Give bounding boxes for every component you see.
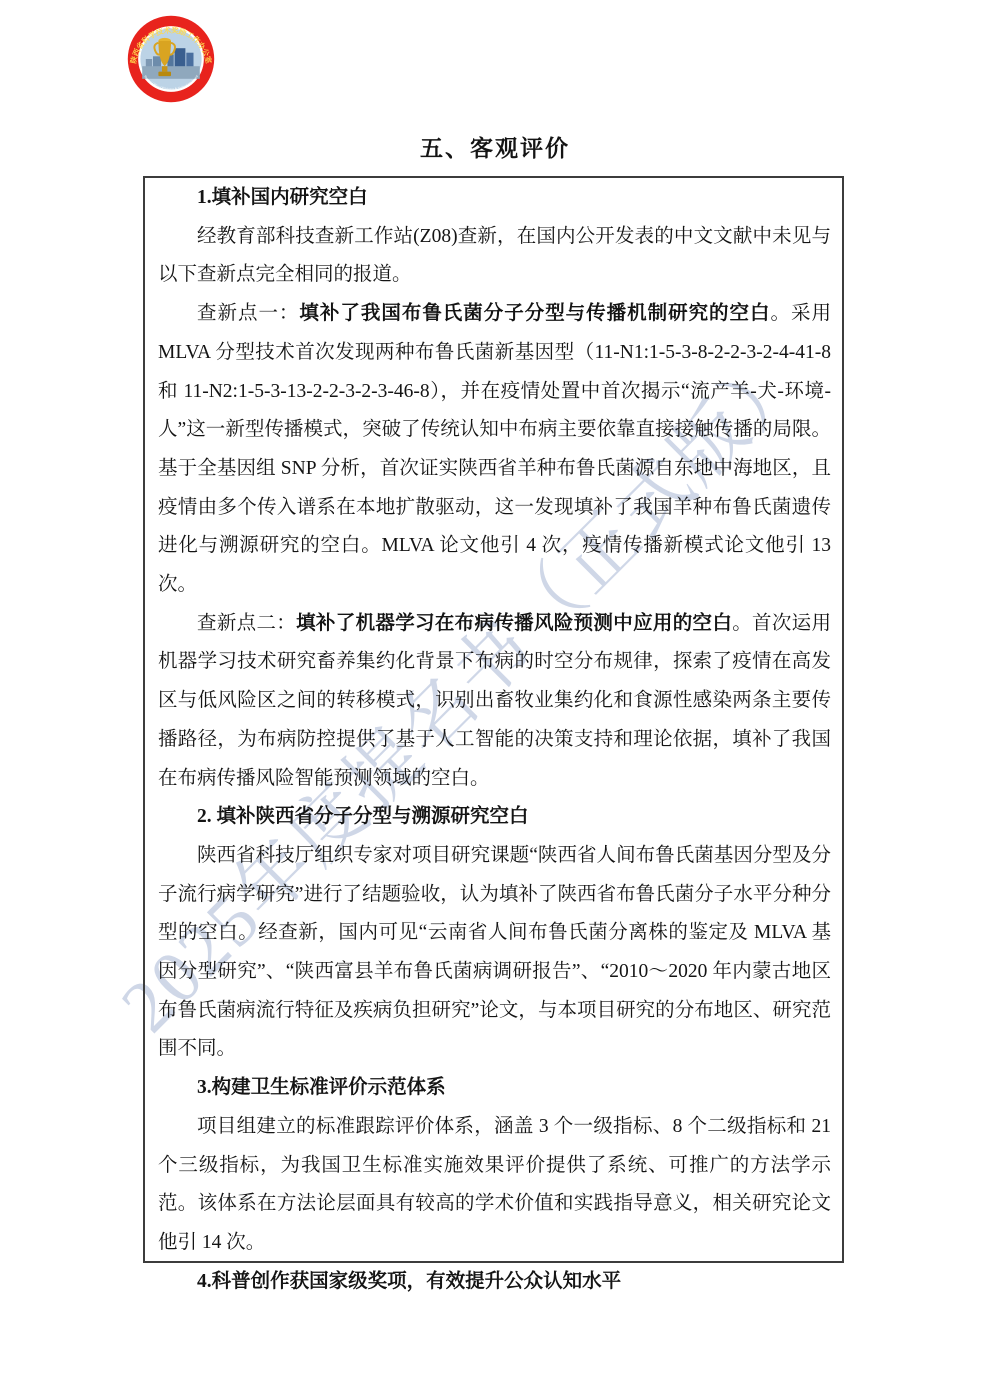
text-run: 查新点二：	[197, 613, 296, 634]
bold-text-run: 3.构建卫生标准评价示范体系	[197, 1077, 446, 1098]
text-run: 。采用 MLVA 分型技术首次发现两种布鲁氏菌新基因型（11-N1:1-5-3-…	[158, 303, 831, 595]
section-heading: 3.构建卫生标准评价示范体系	[158, 1069, 831, 1108]
award-office-seal-logo: 陕西省科学技术奖励工作办公室 Shaanxi Office Of Science…	[126, 14, 216, 104]
paragraph: 项目组建立的标准跟踪评价体系，涵盖 3 个一级指标、8 个二级指标和 21 个三…	[158, 1108, 831, 1263]
bold-text-run: 4.科普创作获国家级奖项，有效提升公众认知水平	[197, 1271, 621, 1292]
text-run: 项目组建立的标准跟踪评价体系，涵盖 3 个一级指标、8 个二级指标和 21 个三…	[158, 1116, 831, 1253]
page-title: 五、客观评价	[0, 130, 990, 163]
section-heading: 1.填补国内研究空白	[158, 179, 831, 218]
paragraph: 经教育部科技查新工作站(Z08)查新，在国内公开发表的中文文献中未见与以下查新点…	[158, 218, 831, 295]
bold-text-run: 1.填补国内研究空白	[197, 187, 368, 208]
paragraph: 查新点一：填补了我国布鲁氏菌分子分型与传播机制研究的空白。采用 MLVA 分型技…	[158, 295, 831, 605]
text-run: 。首次运用机器学习技术研究畜养集约化背景下布病的时空分布规律，探索了疫情在高发区…	[158, 613, 831, 789]
paragraph: 查新点二：填补了机器学习在布病传播风险预测中应用的空白。首次运用机器学习技术研究…	[158, 605, 831, 799]
bold-text-run: 填补了机器学习在布病传播风险预测中应用的空白	[296, 613, 732, 634]
text-run: 陕西省科技厅组织专家对项目研究课题“陕西省人间布鲁氏菌基因分型及分子流行病学研究…	[158, 845, 831, 1060]
document-page: { "title": "五、客观评价", "watermark": { "tex…	[0, 0, 990, 1399]
section-heading: 2. 填补陕西省分子分型与溯源研究空白	[158, 798, 831, 837]
paragraph: 陕西省科技厅组织专家对项目研究课题“陕西省人间布鲁氏菌基因分型及分子流行病学研究…	[158, 837, 831, 1069]
text-run: 查新点一：	[197, 303, 299, 324]
bold-text-run: 填补了我国布鲁氏菌分子分型与传播机制研究的空白	[299, 303, 770, 324]
text-run: 经教育部科技查新工作站(Z08)查新，在国内公开发表的中文文献中未见与以下查新点…	[158, 226, 831, 286]
objective-evaluation-box: 1.填补国内研究空白经教育部科技查新工作站(Z08)查新，在国内公开发表的中文文…	[143, 176, 844, 1263]
section-heading: 4.科普创作获国家级奖项，有效提升公众认知水平	[158, 1263, 831, 1302]
bold-text-run: 2. 填补陕西省分子分型与溯源研究空白	[197, 806, 529, 827]
